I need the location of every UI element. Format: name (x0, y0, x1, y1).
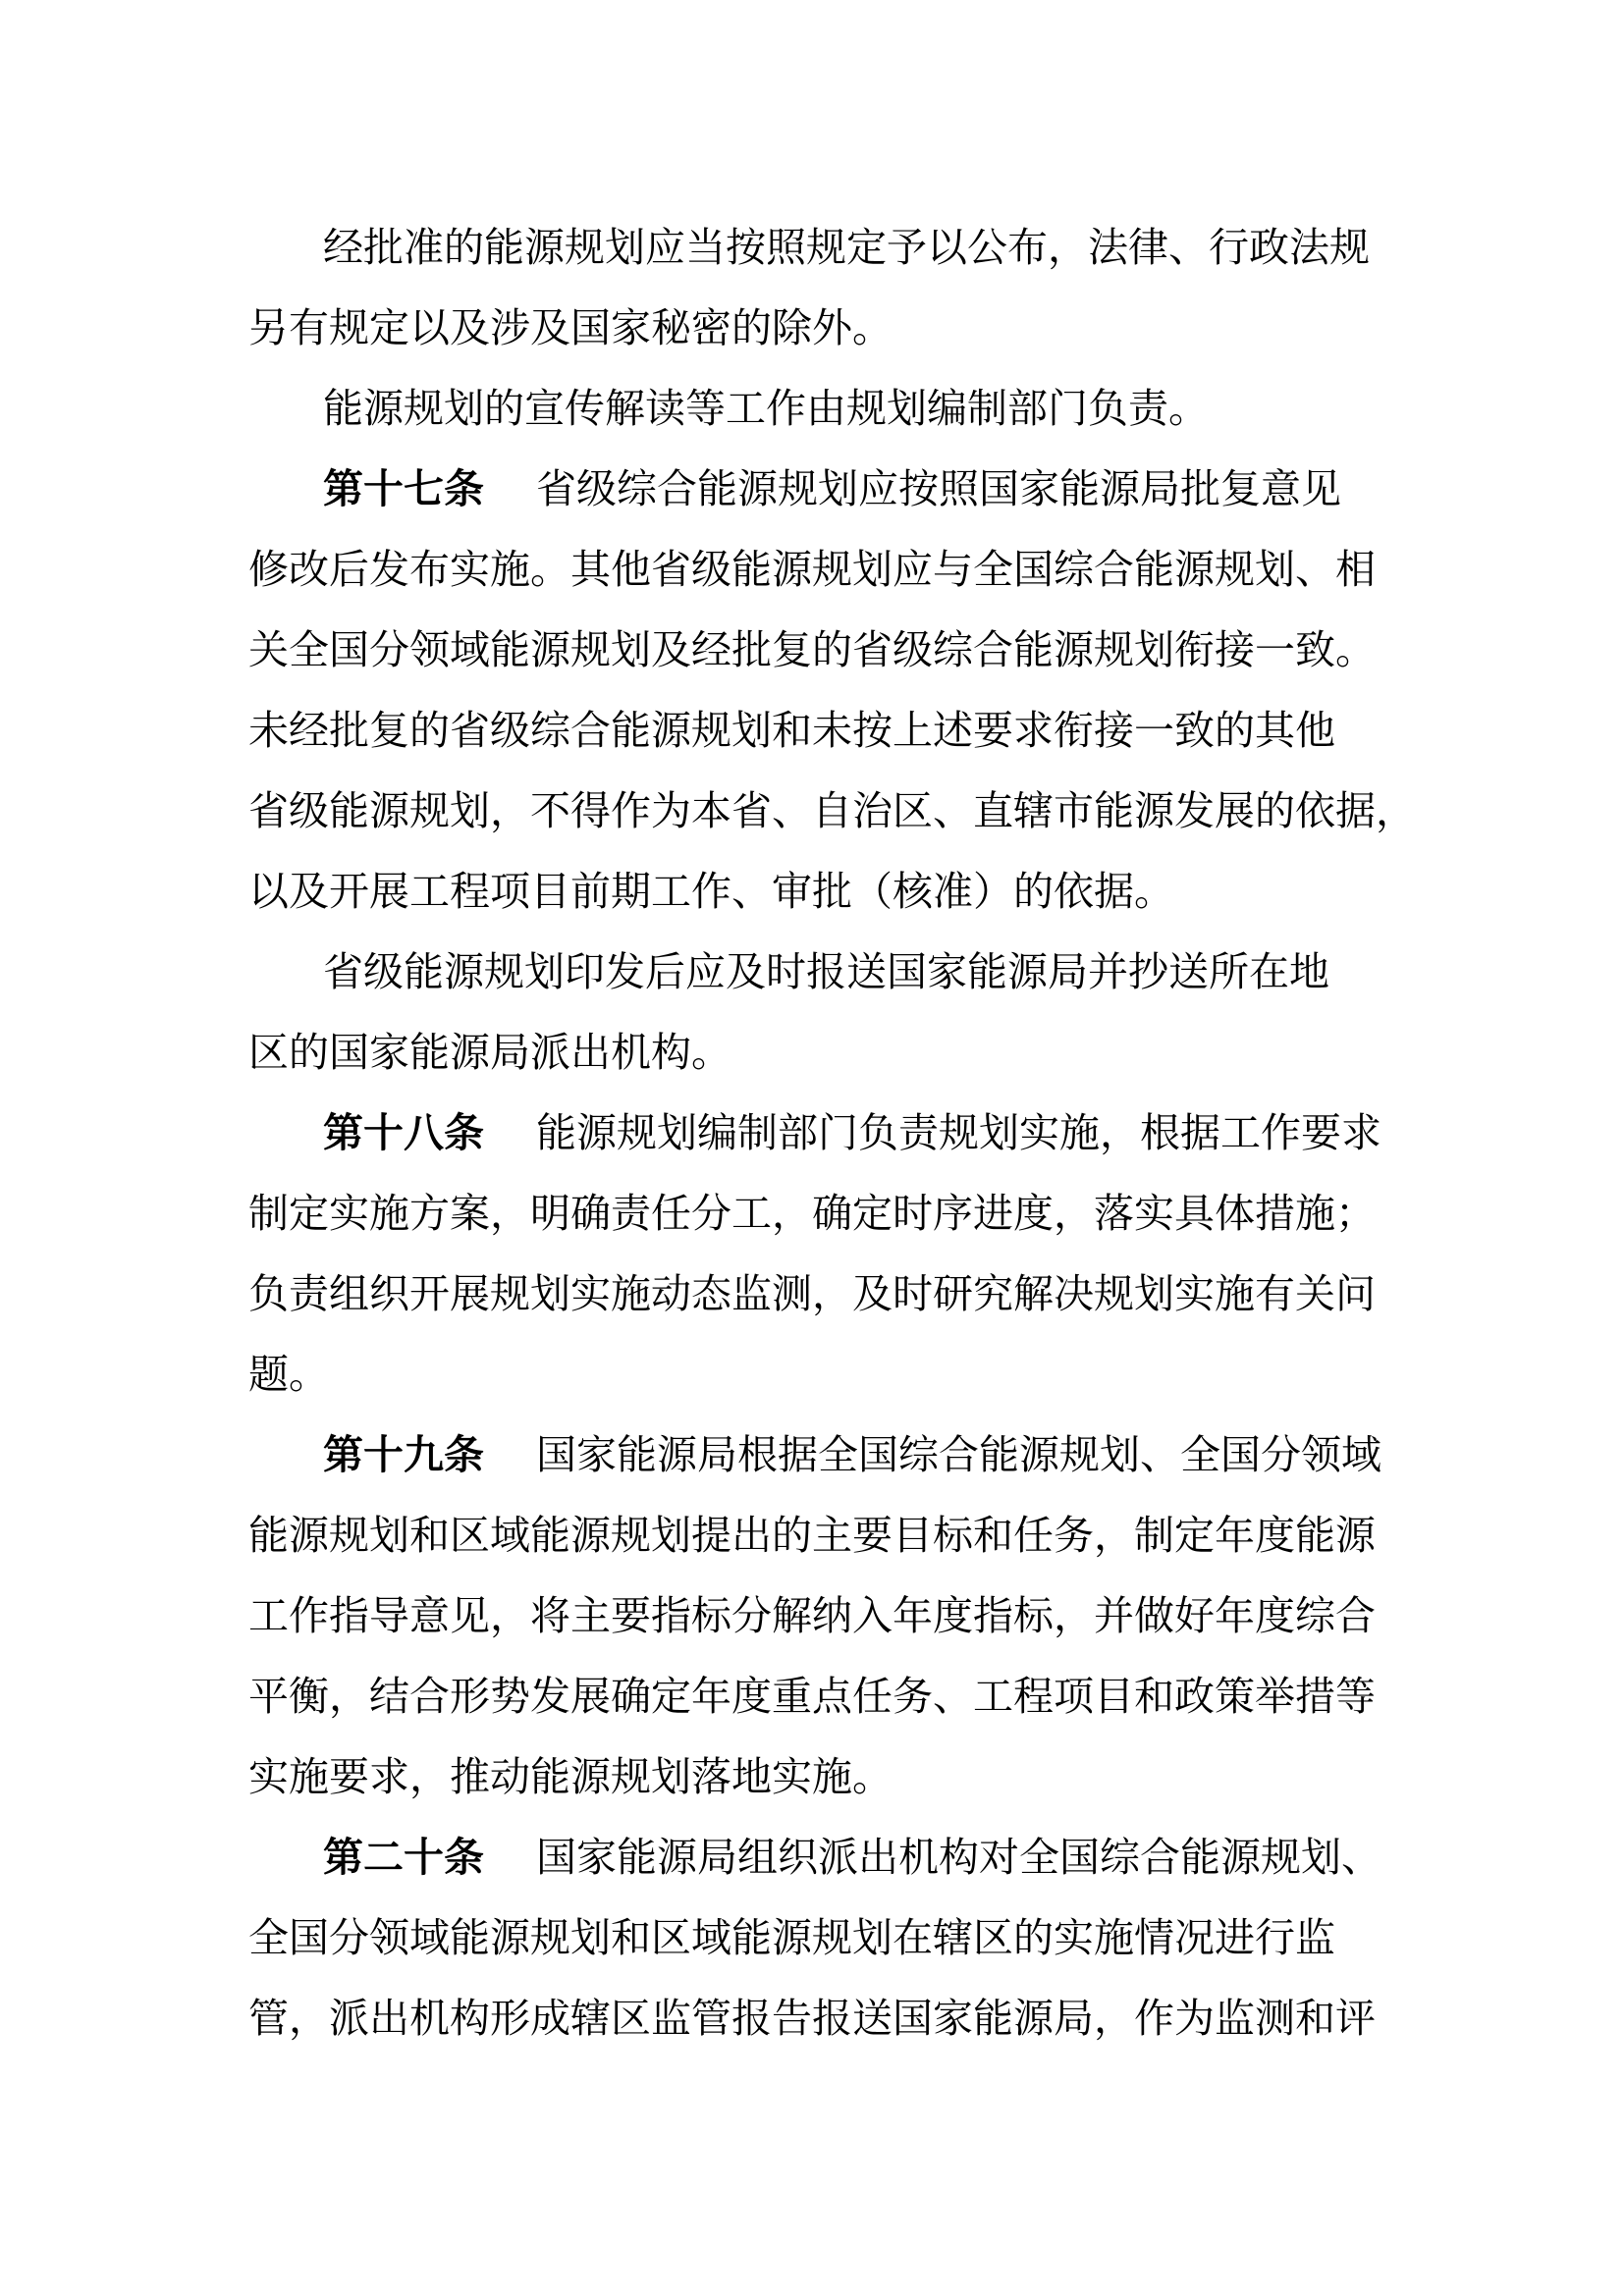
text-line: 管，派出机构形成辖区监管报告报送国家能源局，作为监测和评 (248, 1978, 1387, 2058)
text-run: 工作指导意见，将主要指标分解纳入年度指标，并做好年度综合 (248, 1593, 1376, 1638)
text-run: 能源规划编制部门负责规划实施，根据工作要求 (496, 1110, 1381, 1155)
paragraph: 第二十条 国家能源局组织派出机构对全国综合能源规划、全国分领域能源规划和区域能源… (248, 1817, 1387, 2058)
paragraph: 能源规划的宣传解读等工作由规划编制部门负责。 (248, 368, 1387, 449)
text-line: 平衡，结合形势发展确定年度重点任务、工程项目和政策举措等 (248, 1656, 1387, 1736)
text-run: 制定实施方案，明确责任分工，确定时序进度，落实具体措施； (248, 1191, 1376, 1236)
text-run: 平衡，结合形势发展确定年度重点任务、工程项目和政策举措等 (248, 1674, 1376, 1719)
paragraph: 第十七条 省级综合能源规划应按照国家能源局批复意见修改后发布实施。其他省级能源规… (248, 449, 1387, 932)
text-run: 能源规划和区域能源规划提出的主要目标和任务，制定年度能源 (248, 1513, 1376, 1558)
text-line: 能源规划的宣传解读等工作由规划编制部门负责。 (248, 368, 1387, 449)
text-line: 省级能源规划印发后应及时报送国家能源局并抄送所在地 (248, 932, 1387, 1012)
text-line: 制定实施方案，明确责任分工，确定时序进度，落实具体措施； (248, 1173, 1387, 1254)
text-line: 第十九条 国家能源局根据全国综合能源规划、全国分领域 (248, 1415, 1387, 1495)
text-line: 第十七条 省级综合能源规划应按照国家能源局批复意见 (248, 449, 1387, 529)
text-line: 经批准的能源规划应当按照规定予以公布，法律、行政法规 (248, 207, 1387, 288)
article-number: 第十七条 (323, 466, 484, 511)
text-run: 省级能源规划印发后应及时报送国家能源局并抄送所在地 (323, 949, 1329, 994)
text-run: 未经批复的省级综合能源规划和未按上述要求衔接一致的其他 (248, 708, 1335, 753)
document-page: 经批准的能源规划应当按照规定予以公布，法律、行政法规另有规定以及涉及国家秘密的除… (0, 0, 1624, 2296)
text-run: 能源规划的宣传解读等工作由规划编制部门负责。 (323, 386, 1209, 431)
text-run: 题。 (248, 1352, 329, 1397)
paragraph: 第十九条 国家能源局根据全国综合能源规划、全国分领域能源规划和区域能源规划提出的… (248, 1415, 1387, 1817)
text-run: 修改后发布实施。其他省级能源规划应与全国综合能源规划、相 (248, 547, 1376, 592)
text-run: 以及开展工程项目前期工作、审批（核准）的依据。 (248, 869, 1174, 914)
text-run: 省级能源规划，不得作为本省、自治区、直辖市能源发展的依据， (248, 788, 1416, 833)
paragraph: 第十八条 能源规划编制部门负责规划实施，根据工作要求制定实施方案，明确责任分工，… (248, 1093, 1387, 1415)
text-run: 国家能源局组织派出机构对全国综合能源规划、 (496, 1835, 1381, 1880)
text-line: 关全国分领域能源规划及经批复的省级综合能源规划衔接一致。 (248, 610, 1387, 690)
text-line: 第十八条 能源规划编制部门负责规划实施，根据工作要求 (248, 1093, 1387, 1173)
article-number: 第二十条 (323, 1835, 484, 1880)
text-run: 经批准的能源规划应当按照规定予以公布，法律、行政法规 (323, 225, 1370, 270)
text-line: 负责组织开展规划实施动态监测，及时研究解决规划实施有关问 (248, 1254, 1387, 1334)
text-line: 以及开展工程项目前期工作、审批（核准）的依据。 (248, 851, 1387, 932)
text-line: 第二十条 国家能源局组织派出机构对全国综合能源规划、 (248, 1817, 1387, 1897)
text-run: 关全国分领域能源规划及经批复的省级综合能源规划衔接一致。 (248, 627, 1376, 672)
text-line: 区的国家能源局派出机构。 (248, 1012, 1387, 1093)
text-run: 国家能源局根据全国综合能源规划、全国分领域 (496, 1432, 1381, 1477)
text-line: 全国分领域能源规划和区域能源规划在辖区的实施情况进行监 (248, 1897, 1387, 1978)
text-run: 另有规定以及涉及国家秘密的除外。 (248, 305, 893, 350)
text-line: 未经批复的省级综合能源规划和未按上述要求衔接一致的其他 (248, 690, 1387, 771)
text-line: 题。 (248, 1334, 1387, 1415)
text-line: 省级能源规划，不得作为本省、自治区、直辖市能源发展的依据， (248, 771, 1387, 851)
text-line: 实施要求，推动能源规划落地实施。 (248, 1736, 1387, 1817)
article-number: 第十九条 (323, 1432, 484, 1477)
text-line: 工作指导意见，将主要指标分解纳入年度指标，并做好年度综合 (248, 1575, 1387, 1656)
text-run: 省级综合能源规划应按照国家能源局批复意见 (496, 466, 1341, 511)
text-line: 修改后发布实施。其他省级能源规划应与全国综合能源规划、相 (248, 529, 1387, 610)
text-run: 实施要求，推动能源规划落地实施。 (248, 1754, 893, 1799)
text-run: 管，派出机构形成辖区监管报告报送国家能源局，作为监测和评 (248, 1996, 1376, 2041)
text-run: 负责组织开展规划实施动态监测，及时研究解决规划实施有关问 (248, 1271, 1376, 1316)
text-line: 另有规定以及涉及国家秘密的除外。 (248, 288, 1387, 368)
text-line: 能源规划和区域能源规划提出的主要目标和任务，制定年度能源 (248, 1495, 1387, 1575)
document-body: 经批准的能源规划应当按照规定予以公布，法律、行政法规另有规定以及涉及国家秘密的除… (248, 207, 1387, 2058)
text-run: 全国分领域能源规划和区域能源规划在辖区的实施情况进行监 (248, 1915, 1335, 1960)
article-number: 第十八条 (323, 1110, 484, 1155)
text-run: 区的国家能源局派出机构。 (248, 1030, 731, 1075)
paragraph: 经批准的能源规划应当按照规定予以公布，法律、行政法规另有规定以及涉及国家秘密的除… (248, 207, 1387, 368)
paragraph: 省级能源规划印发后应及时报送国家能源局并抄送所在地区的国家能源局派出机构。 (248, 932, 1387, 1093)
